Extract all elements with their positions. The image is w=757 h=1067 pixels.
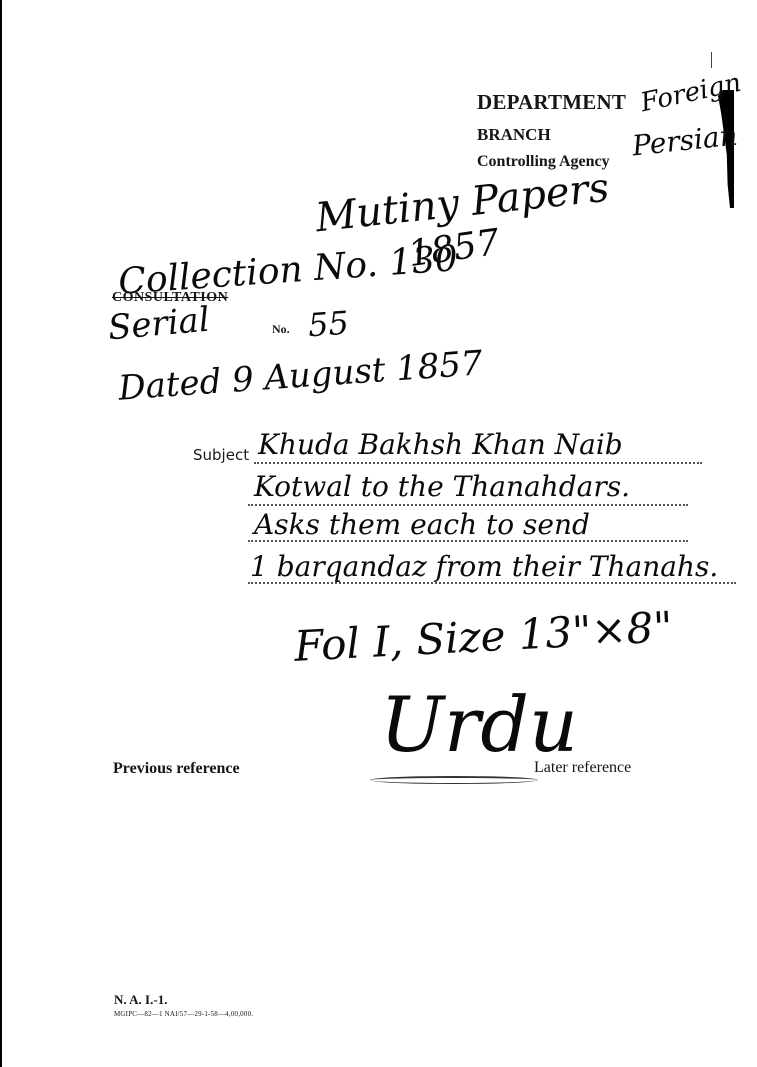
branch-label: BRANCH	[477, 125, 551, 145]
serial-number: 55	[307, 304, 350, 345]
scan-mark	[711, 52, 712, 68]
later-reference-label: Later reference	[534, 759, 631, 777]
subject-line-4: 1 barqandaz from their Thanahs.	[250, 550, 718, 583]
subject-label: Subject	[193, 446, 249, 464]
dated-field: Dated 9 August 1857	[117, 343, 484, 408]
language-annotation: Urdu	[380, 680, 578, 769]
subject-line-2: Kotwal to the Thanahdars.	[254, 470, 630, 503]
branch-value: Persian	[631, 119, 739, 163]
subject-line-3: Asks them each to send	[254, 508, 590, 541]
subject-line-1: Khuda Bakhsh Khan Naib	[258, 428, 623, 461]
language-underline	[370, 776, 538, 784]
form-code: N. A. I.-1.	[114, 992, 167, 1008]
serial-label-handwritten: Serial	[106, 300, 211, 349]
volume-size: Fol I, Size 13"×8"	[293, 602, 674, 671]
printer-line: MGIPC—82—1 NAI/57—29-1-58—4,00,000.	[114, 1010, 253, 1018]
department-label: DEPARTMENT	[477, 90, 626, 115]
scan-left-edge	[0, 0, 2, 1067]
previous-reference-label: Previous reference	[113, 760, 240, 778]
number-label: No.	[272, 322, 290, 337]
